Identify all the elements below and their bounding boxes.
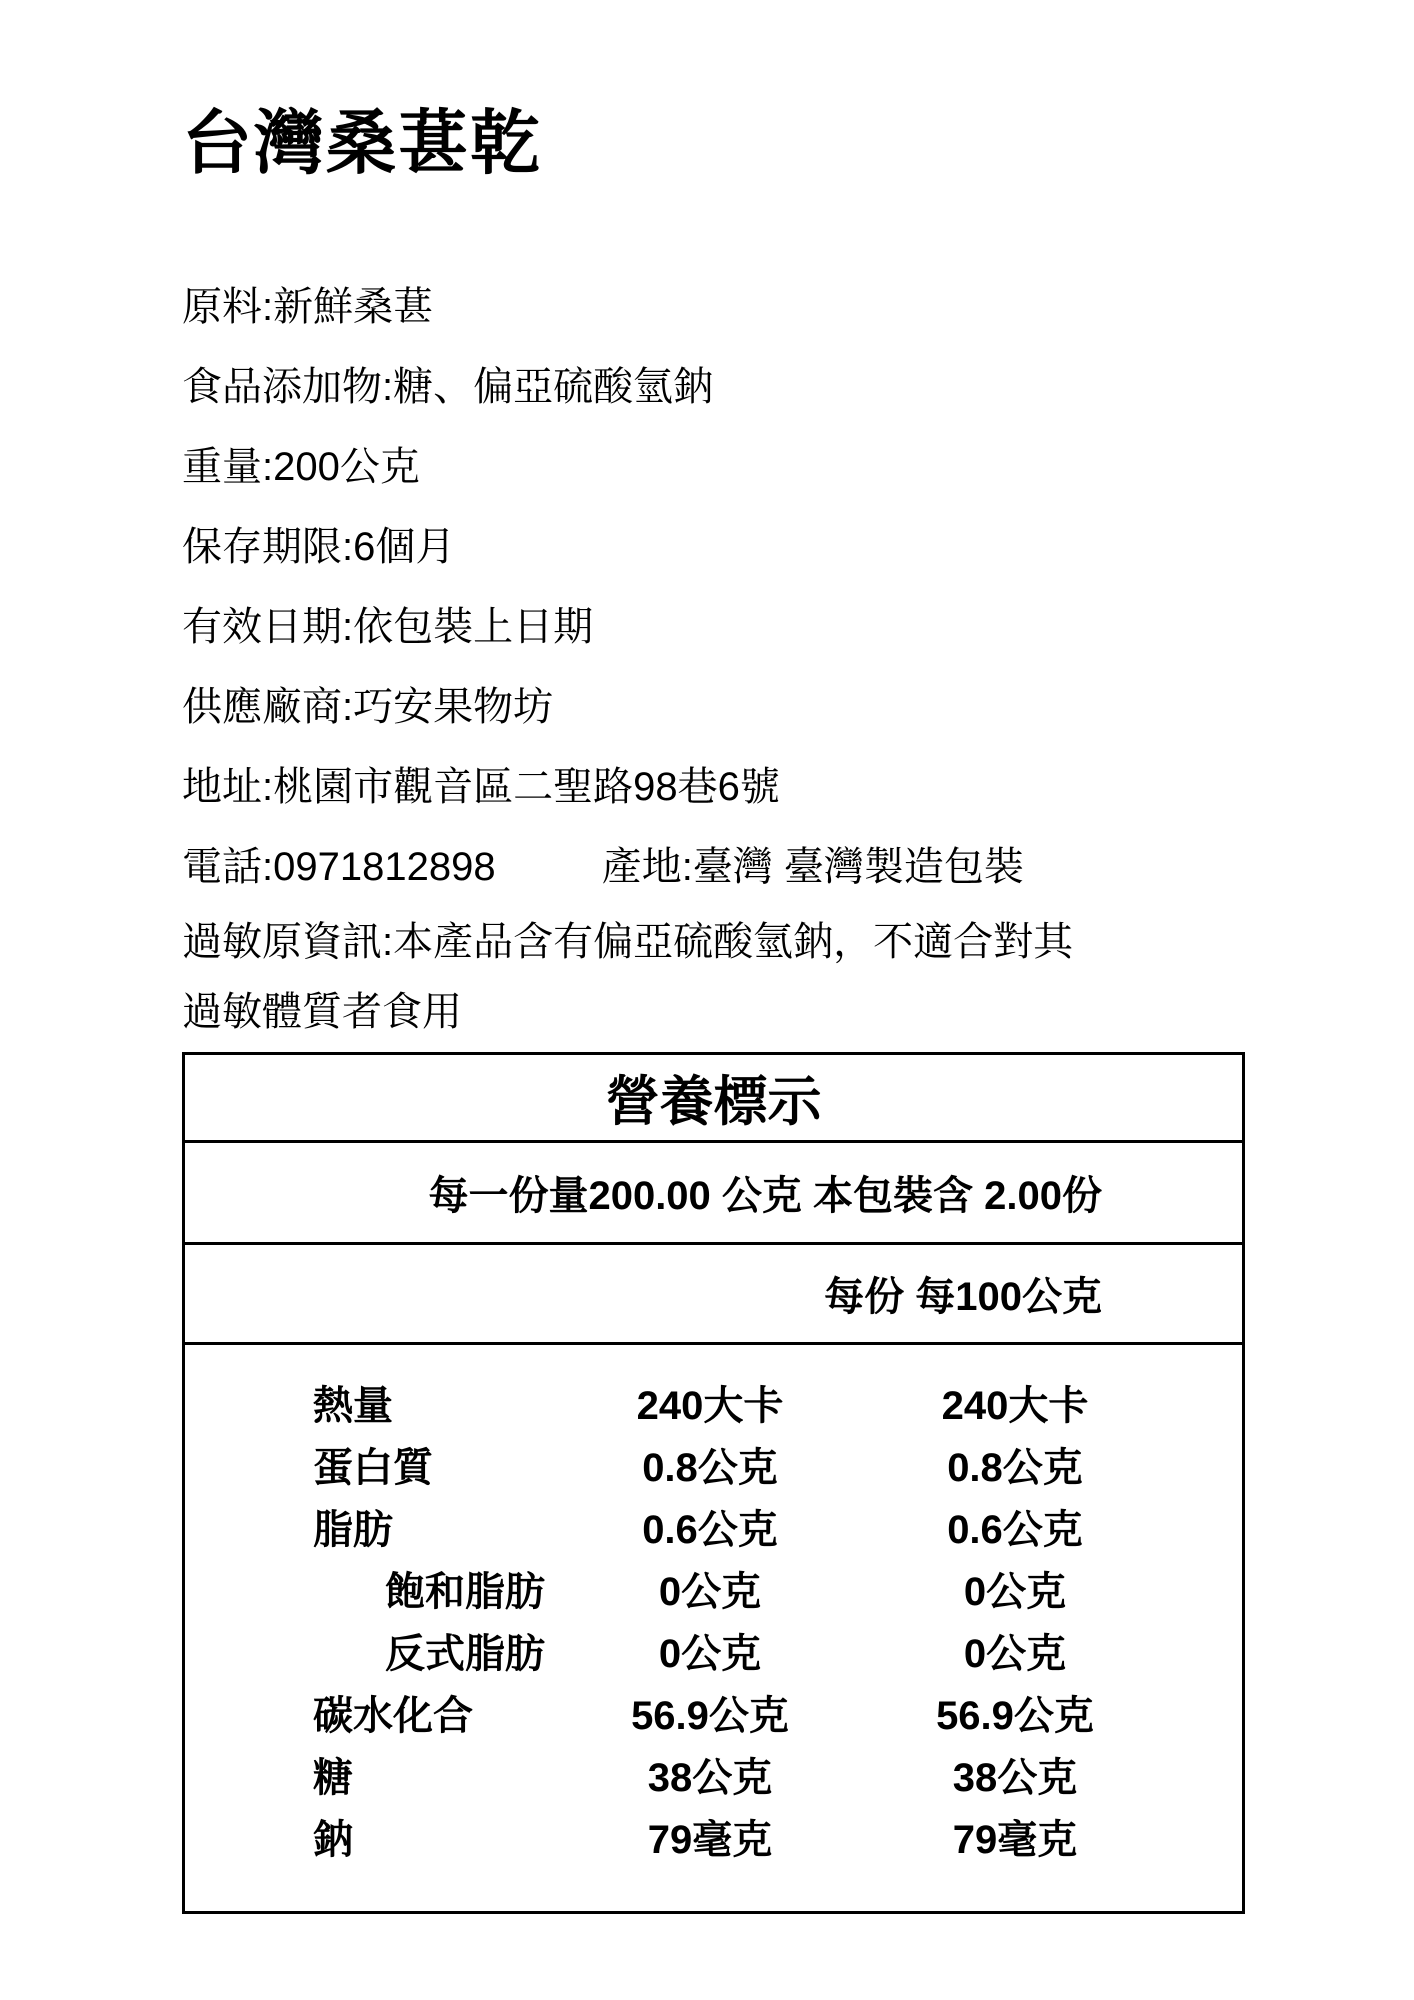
row-per-serving-value: 56.9公克 <box>595 1684 825 1741</box>
table-row-trans-fat: 反式脂肪 0公克 0公克 <box>313 1619 1242 1681</box>
row-label: 脂肪 <box>313 1498 595 1555</box>
row-per-serving-value: 0.6公克 <box>595 1498 825 1555</box>
row-label: 飽和脂肪 <box>313 1560 595 1617</box>
row-label: 反式脂肪 <box>313 1622 595 1679</box>
table-row-saturated-fat: 飽和脂肪 0公克 0公克 <box>313 1557 1242 1619</box>
expiry-line: 有效日期:依包裝上日期 <box>182 587 1414 667</box>
row-per-100g-value: 0.6公克 <box>825 1498 1205 1555</box>
row-label: 糖 <box>313 1746 595 1803</box>
table-row-fat: 脂肪 0.6公克 0.6公克 <box>313 1495 1242 1557</box>
nutrition-table: 營養標示 每一份量200.00 公克 本包裝含 2.00份 每份 每100公克 … <box>182 1052 1245 1914</box>
row-per-100g-value: 240大卡 <box>825 1374 1205 1431</box>
product-title: 台灣桑葚乾 <box>182 0 1414 182</box>
address-line: 地址:桃園市觀音區二聖路98巷6號 <box>182 747 1414 827</box>
shelf-life-line: 保存期限:6個月 <box>182 507 1414 587</box>
row-per-100g-value: 0公克 <box>825 1560 1205 1617</box>
row-per-serving-value: 0.8公克 <box>595 1436 825 1493</box>
product-label-page: 台灣桑葚乾 原料:新鮮桑葚 食品添加物:糖、偏亞硫酸氫鈉 重量:200公克 保存… <box>0 0 1414 2000</box>
product-info-section: 原料:新鮮桑葚 食品添加物:糖、偏亞硫酸氫鈉 重量:200公克 保存期限:6個月… <box>182 267 1414 1047</box>
row-per-serving-value: 240大卡 <box>595 1374 825 1431</box>
nutrition-serving-line: 每一份量200.00 公克 本包裝含 2.00份 <box>185 1143 1242 1245</box>
table-row-sugar: 糖 38公克 38公克 <box>313 1743 1242 1805</box>
row-label: 蛋白質 <box>313 1436 595 1493</box>
nutrition-rows: 熱量 240大卡 240大卡 蛋白質 0.8公克 0.8公克 脂肪 0.6公克 … <box>185 1345 1242 1911</box>
table-row-sodium: 鈉 79毫克 79毫克 <box>313 1805 1242 1867</box>
row-per-serving-value: 0公克 <box>595 1560 825 1617</box>
phone-text: 電話:0971812898 <box>182 845 496 889</box>
supplier-line: 供應廠商:巧安果物坊 <box>182 667 1414 747</box>
row-per-serving-value: 79毫克 <box>595 1808 825 1865</box>
nutrition-table-title: 營養標示 <box>185 1055 1242 1143</box>
row-per-100g-value: 0公克 <box>825 1622 1205 1679</box>
row-per-serving-value: 38公克 <box>595 1746 825 1803</box>
table-row-calories: 熱量 240大卡 240大卡 <box>313 1371 1242 1433</box>
row-per-100g-value: 0.8公克 <box>825 1436 1205 1493</box>
row-per-100g-value: 56.9公克 <box>825 1684 1205 1741</box>
phone-origin-line: 電話:0971812898 產地:臺灣 臺灣製造包裝 <box>182 827 1414 907</box>
row-per-serving-value: 0公克 <box>595 1622 825 1679</box>
allergen-info-line-2: 過敏體質者食用 <box>182 977 1414 1047</box>
table-row-protein: 蛋白質 0.8公克 0.8公克 <box>313 1433 1242 1495</box>
row-label: 熱量 <box>313 1374 595 1431</box>
row-label: 碳水化合 <box>313 1684 595 1741</box>
origin-text: 產地:臺灣 臺灣製造包裝 <box>602 827 1024 907</box>
table-row-carbohydrate: 碳水化合 56.9公克 56.9公克 <box>313 1681 1242 1743</box>
row-per-100g-value: 38公克 <box>825 1746 1205 1803</box>
row-per-100g-value: 79毫克 <box>825 1808 1205 1865</box>
row-label: 鈉 <box>313 1808 595 1865</box>
allergen-info-line-1: 過敏原資訊:本產品含有偏亞硫酸氫鈉，不適合對其 <box>182 907 1414 977</box>
ingredients-line: 原料:新鮮桑葚 <box>182 267 1414 347</box>
weight-line: 重量:200公克 <box>182 427 1414 507</box>
nutrition-per-header: 每份 每100公克 <box>185 1245 1242 1345</box>
additives-line: 食品添加物:糖、偏亞硫酸氫鈉 <box>182 347 1414 427</box>
